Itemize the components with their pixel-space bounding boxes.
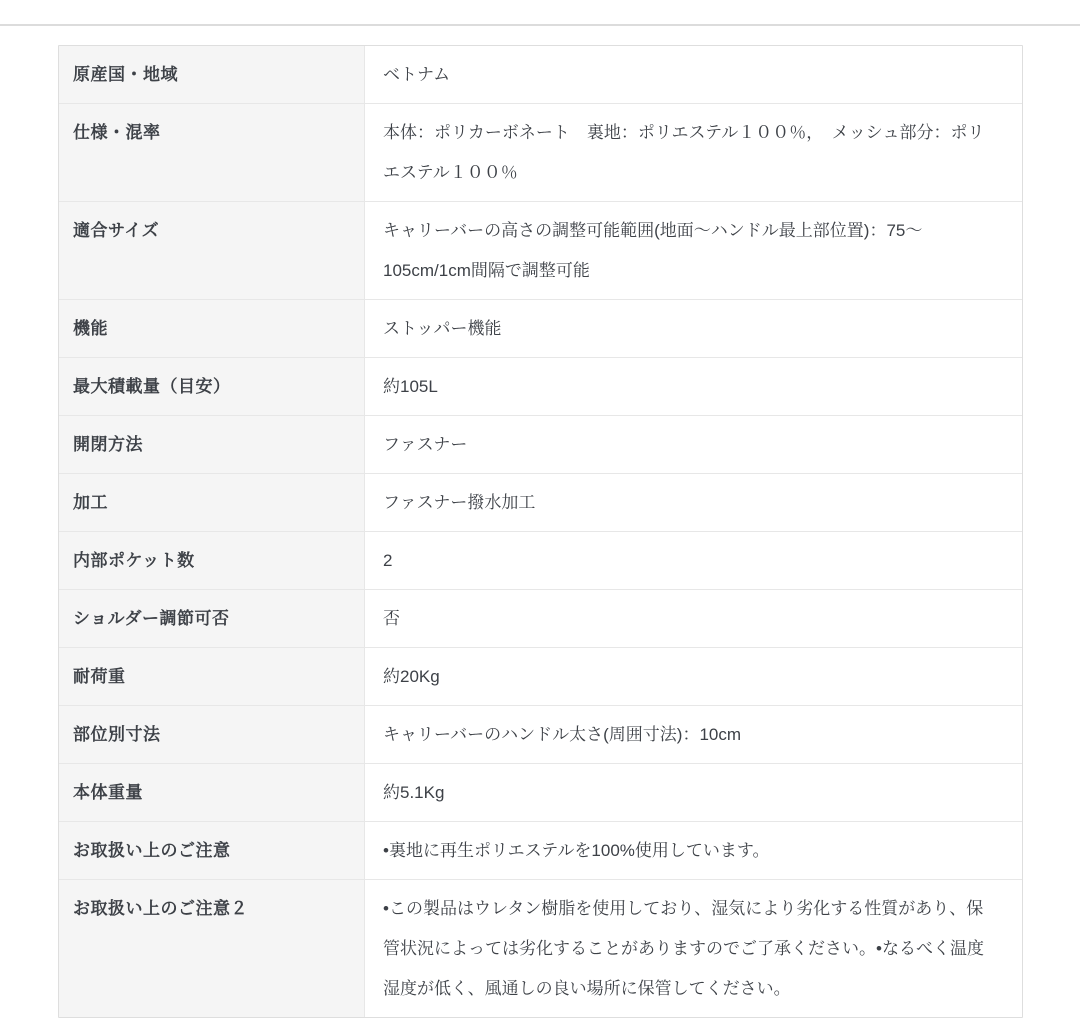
spec-value: ベトナム <box>365 46 1022 103</box>
product-spec-table: 原産国・地域 ベトナム 仕様・混率 本体：ポリカーボネート 裏地：ポリエステル１… <box>58 45 1023 1018</box>
spec-label: 機能 <box>59 300 365 357</box>
spec-value: 本体：ポリカーボネート 裏地：ポリエステル１００％， メッシュ部分：ポリエステル… <box>365 104 1022 201</box>
spec-value: ファスナー撥水加工 <box>365 474 1022 531</box>
spec-label: 開閉方法 <box>59 416 365 473</box>
spec-value: 否 <box>365 590 1022 647</box>
spec-label: 最大積載量（目安） <box>59 358 365 415</box>
spec-row: お取扱い上のご注意 •裏地に再生ポリエステルを100%使用しています。 <box>59 821 1022 879</box>
spec-value: 約105L <box>365 358 1022 415</box>
spec-row: 原産国・地域 ベトナム <box>59 46 1022 103</box>
spec-row: 耐荷重 約20Kg <box>59 647 1022 705</box>
spec-value: •この製品はウレタン樹脂を使用しており、湿気により劣化する性質があり、保管状況に… <box>365 880 1022 1017</box>
spec-label: お取扱い上のご注意２ <box>59 880 365 1017</box>
spec-label: 部位別寸法 <box>59 706 365 763</box>
spec-value: ストッパー機能 <box>365 300 1022 357</box>
spec-row: お取扱い上のご注意２ •この製品はウレタン樹脂を使用しており、湿気により劣化する… <box>59 879 1022 1017</box>
spec-label: 本体重量 <box>59 764 365 821</box>
spec-row: 機能 ストッパー機能 <box>59 299 1022 357</box>
spec-value: 約5.1Kg <box>365 764 1022 821</box>
spec-value: 約20Kg <box>365 648 1022 705</box>
spec-row: 加工 ファスナー撥水加工 <box>59 473 1022 531</box>
spec-row: 最大積載量（目安） 約105L <box>59 357 1022 415</box>
spec-row: 本体重量 約5.1Kg <box>59 763 1022 821</box>
spec-value: 2 <box>365 532 1022 589</box>
spec-value: ファスナー <box>365 416 1022 473</box>
spec-label: ショルダー調節可否 <box>59 590 365 647</box>
spec-row: 仕様・混率 本体：ポリカーボネート 裏地：ポリエステル１００％， メッシュ部分：… <box>59 103 1022 201</box>
spec-value: •裏地に再生ポリエステルを100%使用しています。 <box>365 822 1022 879</box>
spec-row: 部位別寸法 キャリーバーのハンドル太さ(周囲寸法)：10cm <box>59 705 1022 763</box>
spec-label: 原産国・地域 <box>59 46 365 103</box>
spec-row: 適合サイズ キャリーバーの高さの調整可能範囲(地面〜ハンドル最上部位置)：75〜… <box>59 201 1022 299</box>
spec-label: 内部ポケット数 <box>59 532 365 589</box>
spec-label: 加工 <box>59 474 365 531</box>
spec-row: ショルダー調節可否 否 <box>59 589 1022 647</box>
spec-label: 仕様・混率 <box>59 104 365 201</box>
spec-row: 内部ポケット数 2 <box>59 531 1022 589</box>
section-separator <box>0 24 1080 26</box>
spec-label: お取扱い上のご注意 <box>59 822 365 879</box>
spec-label: 適合サイズ <box>59 202 365 299</box>
spec-label: 耐荷重 <box>59 648 365 705</box>
spec-value: キャリーバーのハンドル太さ(周囲寸法)：10cm <box>365 706 1022 763</box>
spec-row: 開閉方法 ファスナー <box>59 415 1022 473</box>
spec-value: キャリーバーの高さの調整可能範囲(地面〜ハンドル最上部位置)：75〜105cm/… <box>365 202 1022 299</box>
